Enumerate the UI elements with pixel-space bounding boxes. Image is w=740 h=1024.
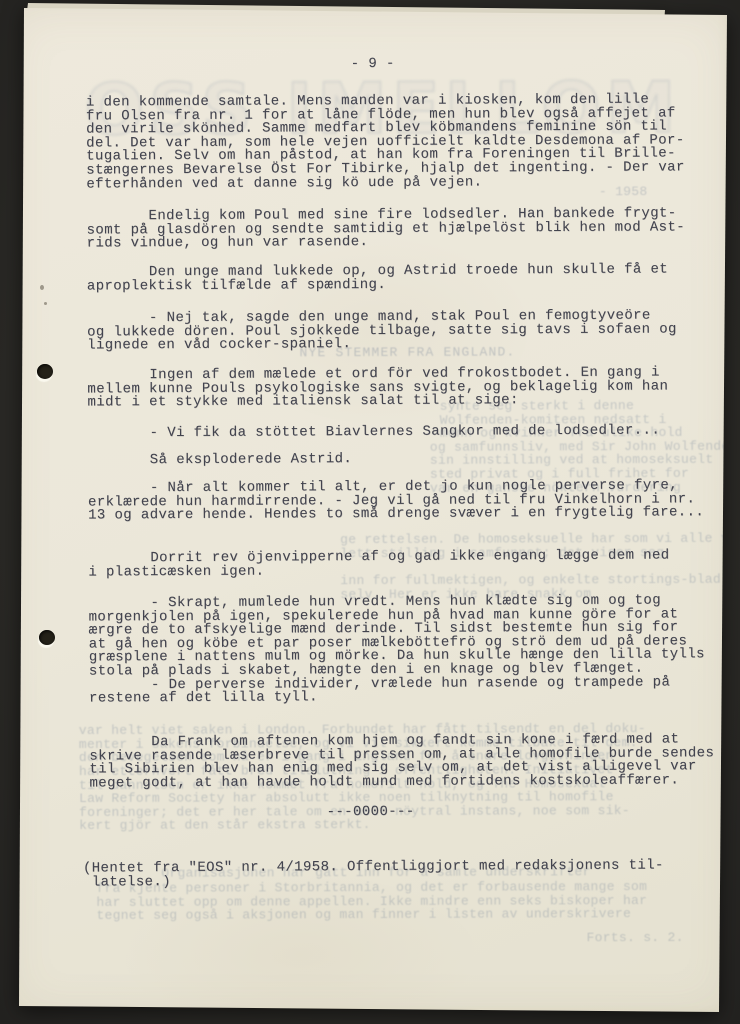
scanned-document-photo: { "colors":{ "mat":"#2c2b27", "paper":"#… bbox=[0, 0, 740, 1024]
paragraph-1: i den kommende samtale. Mens manden var … bbox=[86, 93, 685, 191]
text-line: 13 og advare hende. Hendes to små drenge… bbox=[88, 506, 704, 523]
text-line: - 9 - bbox=[351, 58, 395, 72]
paper-sheet-wrap: OSS IMELLOM - 1958NYE STEMMER FRA ENGLAN… bbox=[0, 0, 740, 1024]
paragraph-3: Den unge mand lukkede op, og Astrid troe… bbox=[87, 263, 668, 293]
text-line: efterhånden ved at danne sig kö ude på v… bbox=[86, 175, 685, 192]
page-number: - 9 - bbox=[351, 58, 395, 72]
text-line: aproplektisk tilfælde af spænding. bbox=[87, 277, 668, 294]
divider: ---0000--- bbox=[327, 806, 415, 820]
source-note: (Hentet fra "EOS" nr. 4/1958. Offentligg… bbox=[83, 859, 664, 889]
paragraph-6: - Vi fik da stöttet Biavlernes Sangkor m… bbox=[88, 424, 661, 441]
text-line: Så eksploderede Astrid. bbox=[88, 453, 353, 468]
text-line: - Vi fik da stöttet Biavlernes Sangkor m… bbox=[88, 424, 661, 441]
paragraph-2: Endelig kom Poul med sine fire lodsedler… bbox=[86, 207, 685, 251]
paragraph-7: Så eksploderede Astrid. bbox=[88, 453, 353, 468]
paragraph-11: Da Frank om aftenen kom hjem og fandt si… bbox=[89, 733, 714, 791]
paper-sheet: OSS IMELLOM - 1958NYE STEMMER FRA ENGLAN… bbox=[0, 0, 740, 1024]
punch-hole bbox=[37, 364, 53, 379]
text-line: midt i et stykke med italiensk salat til… bbox=[87, 394, 668, 411]
paper-speck bbox=[44, 302, 47, 305]
paragraph-8: - Når alt kommer til alt, er det jo kun … bbox=[88, 479, 704, 523]
text-line: meget godt, at han havde holdt mund med … bbox=[89, 774, 714, 791]
paragraph-9: Dorrit rev öjenvipperne af og gad ikke e… bbox=[88, 549, 669, 579]
paragraph-10: - Skrapt, mumlede hun vredt. Mens hun kl… bbox=[89, 594, 706, 706]
paper-speck bbox=[40, 285, 44, 290]
text-line: rids vindue, og hun var rasende. bbox=[87, 235, 686, 252]
text-line: i plasticæsken igen. bbox=[88, 563, 669, 580]
typewritten-text-layer: - 9 -i den kommende samtale. Mens manden… bbox=[0, 0, 740, 1024]
text-line: lignede en våd cocker-spaniel. bbox=[87, 337, 677, 354]
punch-hole bbox=[39, 630, 55, 645]
paragraph-5: Ingen af dem mælede et ord för ved froko… bbox=[87, 366, 668, 410]
text-line: latelse.) bbox=[83, 873, 664, 890]
paragraph-4: - Nej tak, sagde den unge mand, stak Pou… bbox=[87, 309, 677, 353]
text-line: ---0000--- bbox=[327, 806, 415, 820]
text-line: restene af det lilla tyll. bbox=[89, 689, 705, 706]
